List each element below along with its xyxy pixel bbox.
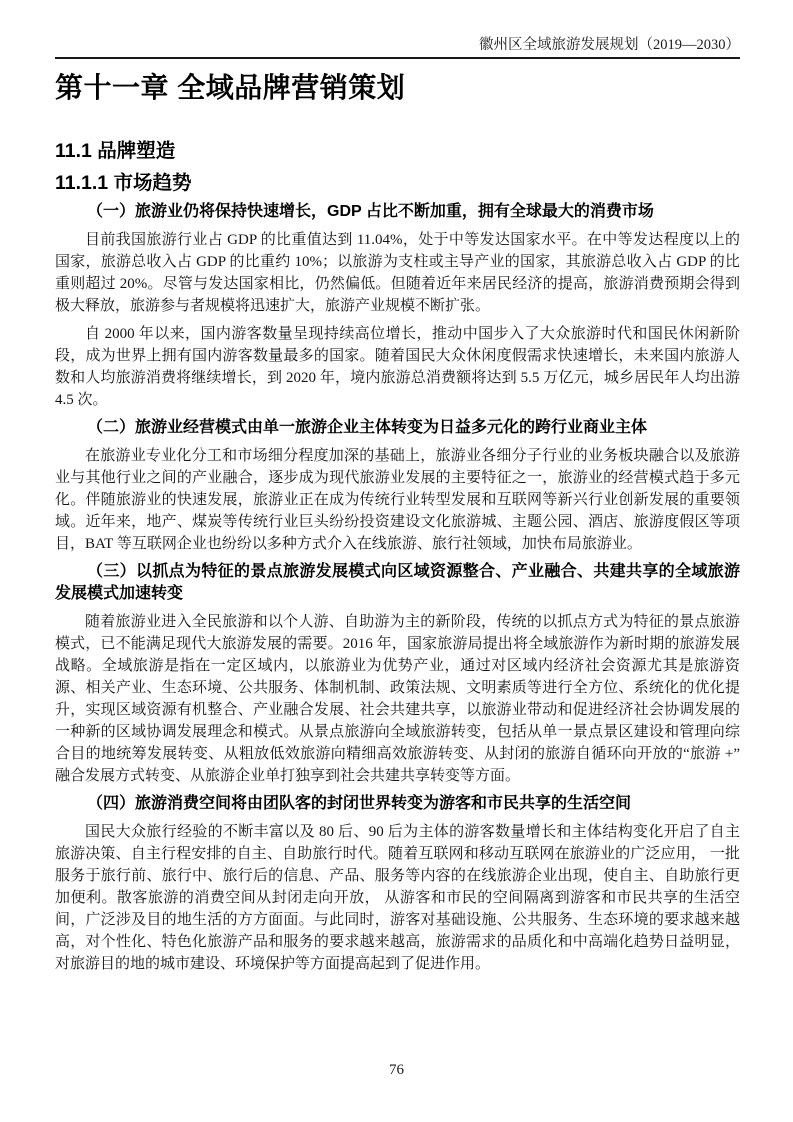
document-page: 徽州区全域旅游发展规划（2019—2030） 第十一章 全域品牌营销策划 11.…: [0, 0, 793, 1122]
subsection-title-11-1-1: 11.1.1 市场趋势: [55, 172, 740, 195]
subheading-3: （三）以抓点为特征的景点旅游发展模式向区域资源整合、产业融合、共建共享的全域旅游…: [55, 561, 740, 605]
paragraph-5: 国民大众旅行经验的不断丰富以及 80 后、90 后为主体的游客数量增长和主体结构…: [55, 821, 740, 975]
subheading-1: （一）旅游业仍将保持快速增长，GDP 占比不断加重，拥有全球最大的消费市场: [55, 201, 740, 223]
page-number: 76: [0, 1061, 793, 1079]
running-header-text: 徽州区全域旅游发展规划（2019—2030）: [479, 37, 740, 53]
subheading-4: （四）旅游消费空间将由团队客的封闭世界转变为游客和市民共享的生活空间: [55, 793, 740, 815]
page-content: 徽州区全域旅游发展规划（2019—2030） 第十一章 全域品牌营销策划 11.…: [0, 0, 793, 975]
section-title-11-1: 11.1 品牌塑造: [55, 140, 740, 163]
header-rule: [55, 57, 740, 59]
paragraph-3: 在旅游业专业化分工和市场细分程度加深的基础上，旅游业各细分子行业的业务板块融合以…: [55, 445, 740, 555]
paragraph-1: 目前我国旅游行业占 GDP 的比重值达到 11.04%，处于中等发达国家水平。在…: [55, 229, 740, 317]
chapter-title: 第十一章 全域品牌营销策划: [55, 71, 740, 105]
paragraph-2: 自 2000 年以来，国内游客数量呈现持续高位增长，推动中国步入了大众旅游时代和…: [55, 323, 740, 411]
subheading-2: （二）旅游业经营模式由单一旅游企业主体转变为日益多元化的跨行业商业主体: [55, 417, 740, 439]
running-header: 徽州区全域旅游发展规划（2019—2030）: [55, 0, 740, 53]
paragraph-4: 随着旅游业进入全民旅游和以个人游、自助游为主的新阶段，传统的以抓点方式为特征的景…: [55, 611, 740, 787]
